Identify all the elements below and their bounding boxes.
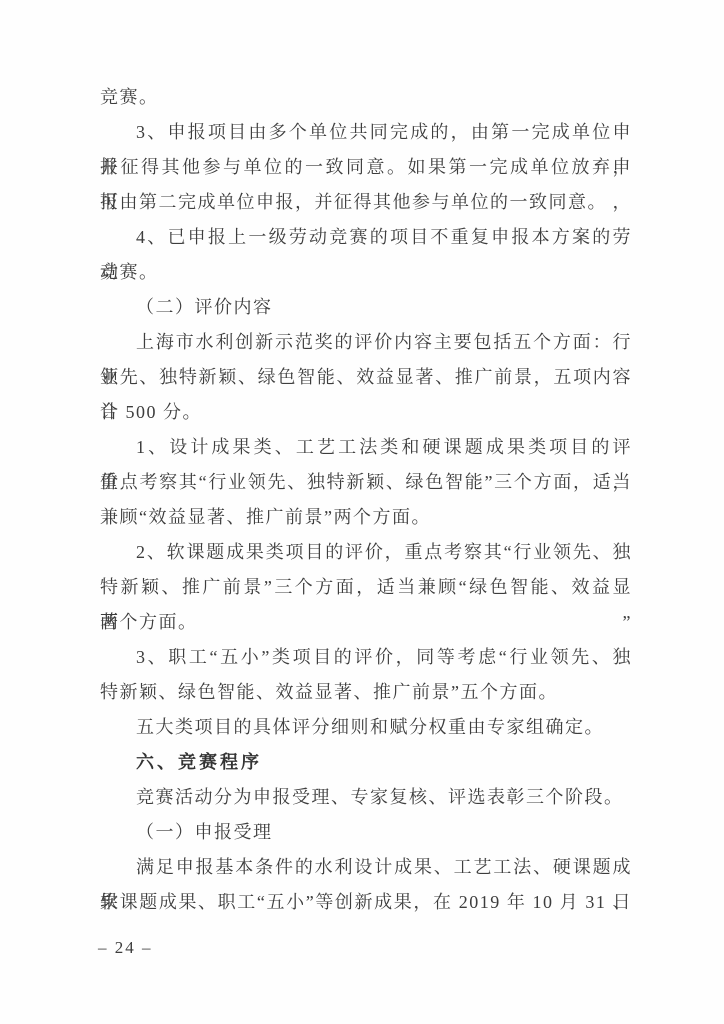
text-line: 竞赛。 bbox=[100, 80, 632, 115]
text-line: 重点考察其“行业领先、独特新颖、绿色智能”三个方面，适当 bbox=[100, 465, 632, 500]
text-line: （二）评价内容 bbox=[100, 290, 632, 325]
text-line: 计 500 分。 bbox=[100, 395, 632, 430]
text-line: 特新颖、绿色智能、效益显著、推广前景”五个方面。 bbox=[100, 675, 632, 710]
text-line: 2、软课题成果类项目的评价，重点考察其“行业领先、独 bbox=[100, 535, 632, 570]
text-line: 五大类项目的具体评分细则和赋分权重由专家组确定。 bbox=[100, 710, 632, 745]
text-line: 兼顾“效益显著、推广前景”两个方面。 bbox=[100, 500, 632, 535]
text-line: 竞赛活动分为申报受理、专家复核、评选表彰三个阶段。 bbox=[100, 780, 632, 815]
text-line: 领先、独特新颖、绿色智能、效益显著、推广前景，五项内容合 bbox=[100, 360, 632, 395]
document-page: 竞赛。3、申报项目由多个单位共同完成的，由第一完成单位申报，并征得其他参与单位的… bbox=[0, 0, 724, 1024]
text-line: 并征得其他参与单位的一致同意。如果第一完成单位放弃申报， bbox=[100, 150, 632, 185]
text-line: 可由第二完成单位申报，并征得其他参与单位的一致同意。 bbox=[100, 185, 632, 220]
text-line: 上海市水利创新示范奖的评价内容主要包括五个方面：行业 bbox=[100, 325, 632, 360]
text-line: 特新颖、推广前景”三个方面，适当兼顾“绿色智能、效益显著” bbox=[100, 570, 632, 605]
text-line: 满足申报基本条件的水利设计成果、工艺工法、硬课题成果、 bbox=[100, 850, 632, 885]
text-line: （一）申报受理 bbox=[100, 815, 632, 850]
text-line: 1、设计成果类、工艺工法类和硬课题成果类项目的评价， bbox=[100, 430, 632, 465]
text-line: 3、申报项目由多个单位共同完成的，由第一完成单位申报， bbox=[100, 115, 632, 150]
text-line: 3、职工“五小”类项目的评价，同等考虑“行业领先、独 bbox=[100, 640, 632, 675]
text-line: 六、竞赛程序 bbox=[100, 745, 632, 780]
text-line: 竞赛。 bbox=[100, 255, 632, 290]
document-body: 竞赛。3、申报项目由多个单位共同完成的，由第一完成单位申报，并征得其他参与单位的… bbox=[100, 80, 632, 920]
text-line: 4、已申报上一级劳动竞赛的项目不重复申报本方案的劳动 bbox=[100, 220, 632, 255]
page-number: – 24 – bbox=[98, 938, 153, 958]
text-line: 软课题成果、职工“五小”等创新成果，在 2019 年 10 月 31 日 bbox=[100, 885, 632, 920]
